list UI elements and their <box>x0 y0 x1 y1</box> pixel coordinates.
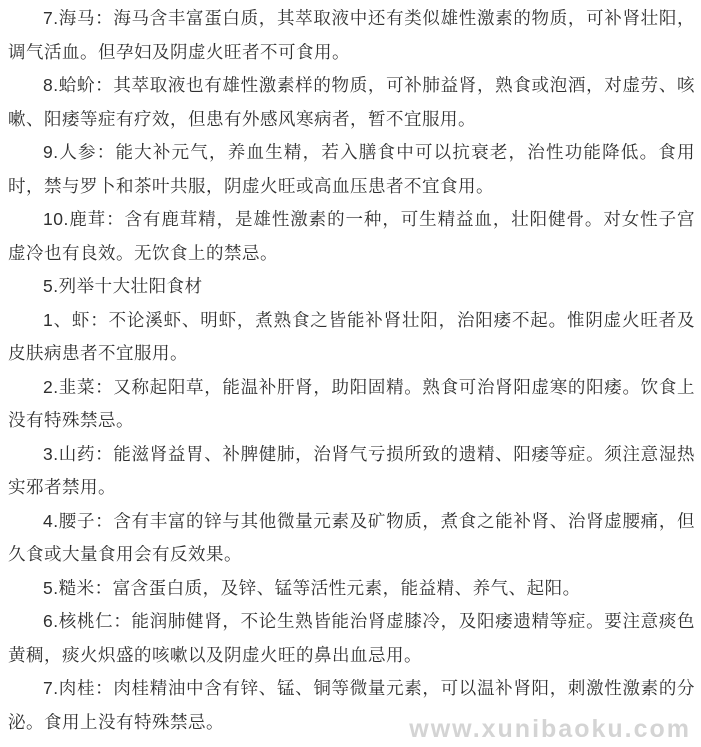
section-heading: 5.列举十大壮阳食材 <box>8 270 695 304</box>
paragraph-seahorse: 7.海马：海马含丰富蛋白质，其萃取液中还有类似雄性激素的物质，可补肾壮阳，调气活… <box>8 2 695 69</box>
paragraph-brown-rice: 5.糙米：富含蛋白质，及锌、锰等活性元素，能益精、养气、起阳。 <box>8 572 695 606</box>
paragraph-ginseng: 9.人参：能大补元气，养血生精，若入膳食中可以抗衰老，治性功能降低。食用时，禁与… <box>8 136 695 203</box>
paragraph-deer-antler: 10.鹿茸：含有鹿茸精，是雄性激素的一种，可生精益血，壮阳健骨。对女性子宫虚冷也… <box>8 203 695 270</box>
paragraph-shrimp: 1、虾：不论溪虾、明虾，煮熟食之皆能补肾壮阳，治阳痿不起。惟阴虚火旺者及皮肤病患… <box>8 304 695 371</box>
paragraph-yam: 3.山药：能滋肾益胃、补脾健肺，治肾气亏损所致的遗精、阳痿等症。须注意湿热实邪者… <box>8 438 695 505</box>
paragraph-kidney: 4.腰子：含有丰富的锌与其他微量元素及矿物质，煮食之能补肾、治肾虚腰痛，但久食或… <box>8 505 695 572</box>
paragraph-chives: 2.韭菜：又称起阳草，能温补肝肾，助阳固精。熟食可治肾阳虚寒的阳痿。饮食上没有特… <box>8 371 695 438</box>
paragraph-walnut: 6.核桃仁：能润肺健肾，不论生熟皆能治肾虚膝冷，及阳痿遗精等症。要注意痰色黄稠，… <box>8 605 695 672</box>
paragraph-gecko: 8.蛤蚧：其萃取液也有雄性激素样的物质，可补肺益肾，熟食或泡酒，对虚劳、咳嗽、阳… <box>8 69 695 136</box>
document-body: 7.海马：海马含丰富蛋白质，其萃取液中还有类似雄性激素的物质，可补肾壮阳，调气活… <box>8 2 695 739</box>
watermark: www.xunibaoku.com <box>409 715 691 744</box>
